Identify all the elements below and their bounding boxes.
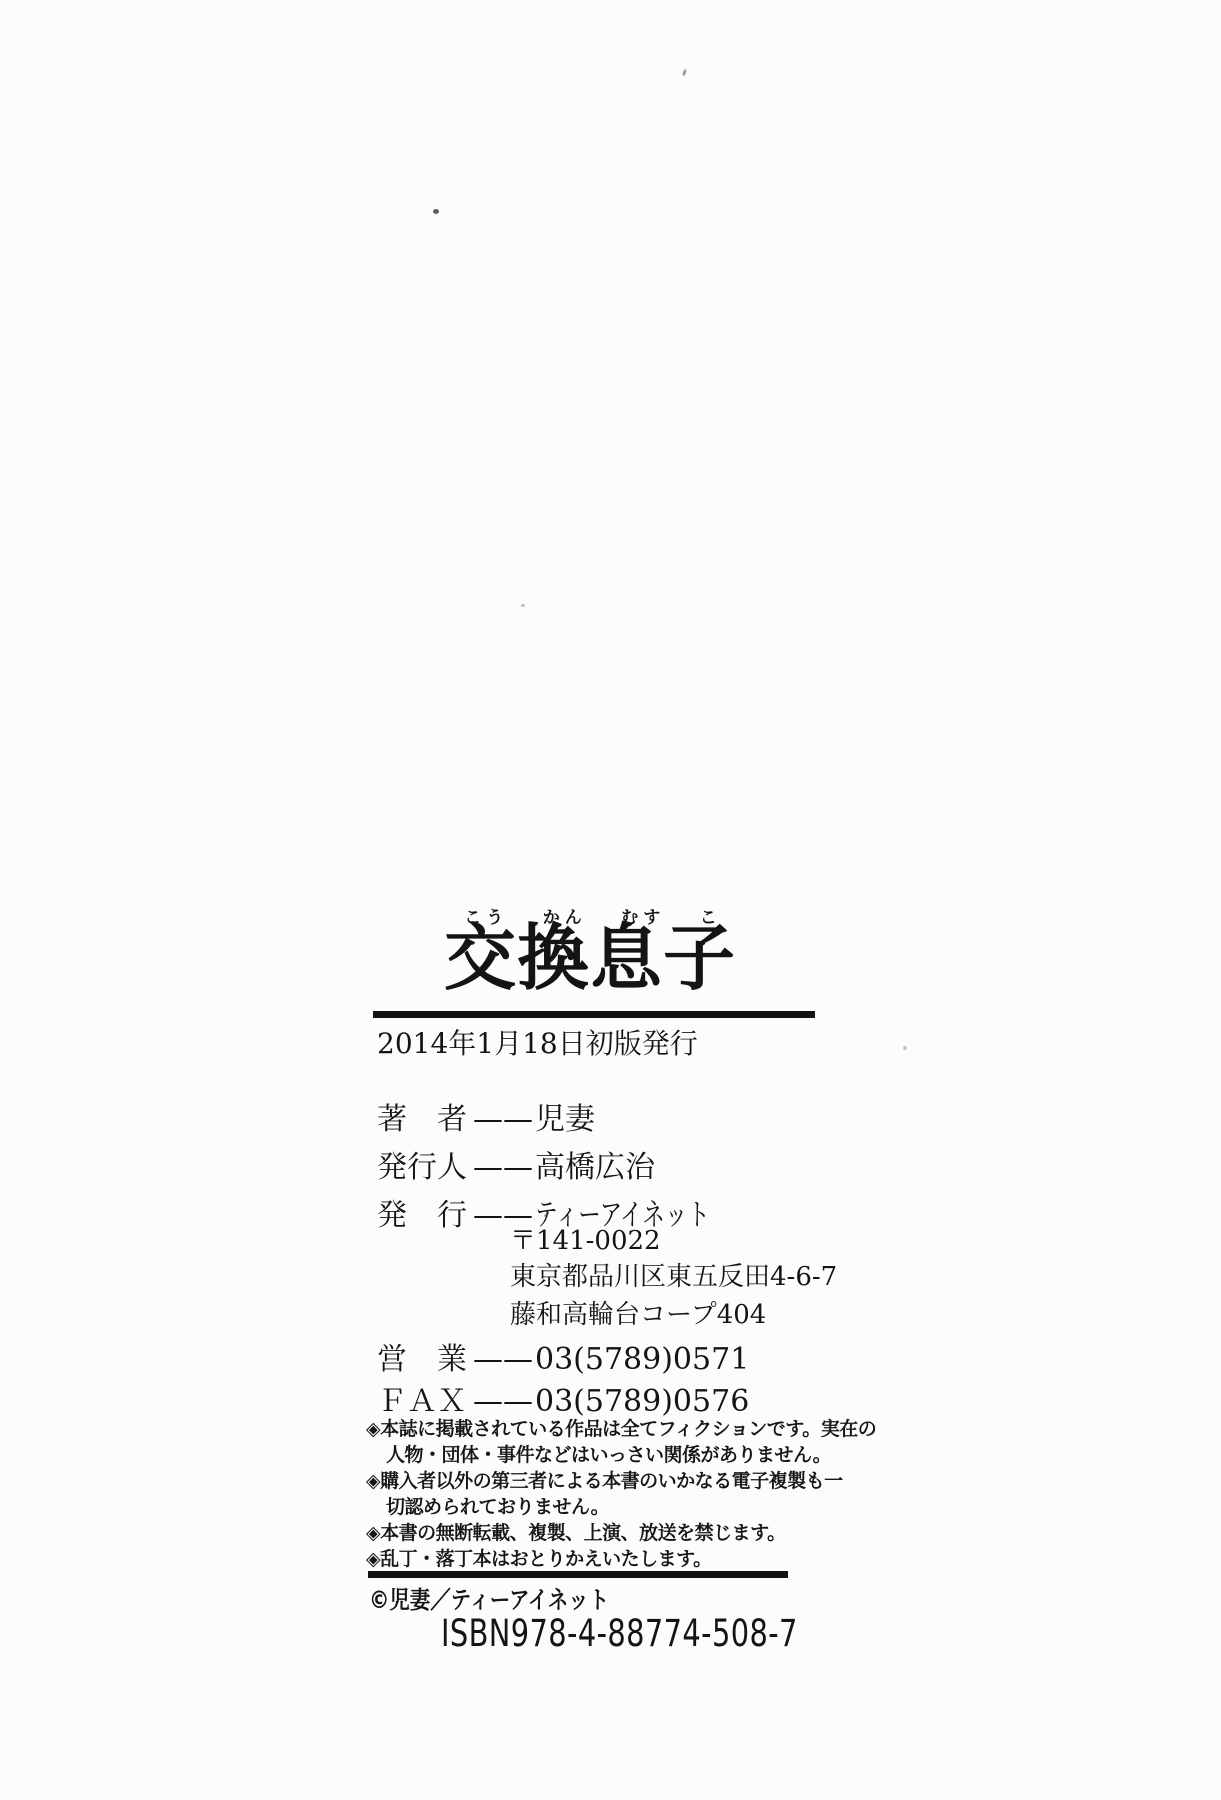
contact-row-fax: ＦＡＸ——03(5789)0576 (377, 1376, 749, 1420)
address-building: 藤和高輪台コープ404 (510, 1294, 766, 1331)
notice-reproduction: ◈本書の無断転載、複製、上演、放送を禁じます。 (366, 1520, 836, 1546)
diamond-bullet-icon: ◈ (366, 1548, 380, 1570)
credit-label: 発行人 (377, 1142, 473, 1186)
contact-dash: —— (473, 1384, 533, 1419)
address-postal-code: 〒141-0022 (510, 1220, 661, 1257)
credit-label: 著 者 (377, 1094, 473, 1138)
notice-text: 本誌に掲載されている作品は全てフィクションです。実在の (380, 1418, 876, 1440)
legal-notices: ◈本誌に掲載されている作品は全てフィクションです。実在の 人物・団体・事件などは… (366, 1416, 836, 1572)
notice-fiction-line2: 人物・団体・事件などはいっさい関係がありません。 (366, 1442, 836, 1468)
contact-label: ＦＡＸ (377, 1376, 473, 1420)
diamond-bullet-icon: ◈ (366, 1522, 380, 1544)
contact-row-sales: 営 業——03(5789)0571 (377, 1334, 749, 1378)
notice-text: 乱丁・落丁本はおとりかえいたします。 (380, 1548, 711, 1570)
credit-row-author: 著 者——児妻 (377, 1094, 595, 1138)
notice-text: 購入者以外の第三者による本書のいかなる電子複製も一 (380, 1470, 843, 1492)
notice-defective-copies: ◈乱丁・落丁本はおとりかえいたします。 (366, 1546, 836, 1572)
book-title: 交換息子 (444, 922, 736, 994)
scan-speck (682, 69, 687, 77)
diamond-bullet-icon: ◈ (366, 1418, 380, 1440)
contact-dash: —— (473, 1342, 533, 1377)
scan-speck (903, 1046, 907, 1050)
edition-date: 2014年1月18日初版発行 (377, 1022, 698, 1062)
isbn-number: ISBN978-4-88774-508-7 (441, 1612, 798, 1655)
credit-label: 発 行 (377, 1190, 473, 1234)
notice-copy-line2: 切認められておりません。 (366, 1494, 836, 1520)
contact-value: 03(5789)0571 (535, 1342, 749, 1377)
diamond-bullet-icon: ◈ (366, 1470, 380, 1492)
contact-label: 営 業 (377, 1334, 473, 1378)
colophon-page: こう かん むす こ 交換息子 2014年1月18日初版発行 著 者——児妻 発… (0, 0, 1221, 1800)
title-divider-rule (373, 1011, 815, 1018)
notice-copy-line1: ◈購入者以外の第三者による本書のいかなる電子複製も一 (366, 1468, 836, 1494)
credit-row-publisher-person: 発行人——高橋広治 (377, 1142, 655, 1186)
contact-value: 03(5789)0576 (535, 1384, 749, 1419)
notice-text: 本書の無断転載、複製、上演、放送を禁じます。 (380, 1522, 785, 1544)
footer-divider-rule (368, 1571, 788, 1578)
notice-fiction-line1: ◈本誌に掲載されている作品は全てフィクションです。実在の (366, 1416, 836, 1442)
credit-dash: —— (473, 1150, 533, 1185)
scan-speck (521, 604, 525, 607)
credit-value: 高橋広治 (535, 1142, 655, 1186)
copyright-line: ©児妻／ティーアイネット (369, 1580, 609, 1615)
address-street: 東京都品川区東五反田4-6-7 (510, 1256, 837, 1293)
scan-speck (433, 209, 439, 214)
credit-dash: —— (473, 1102, 533, 1137)
credit-value: 児妻 (535, 1094, 595, 1138)
